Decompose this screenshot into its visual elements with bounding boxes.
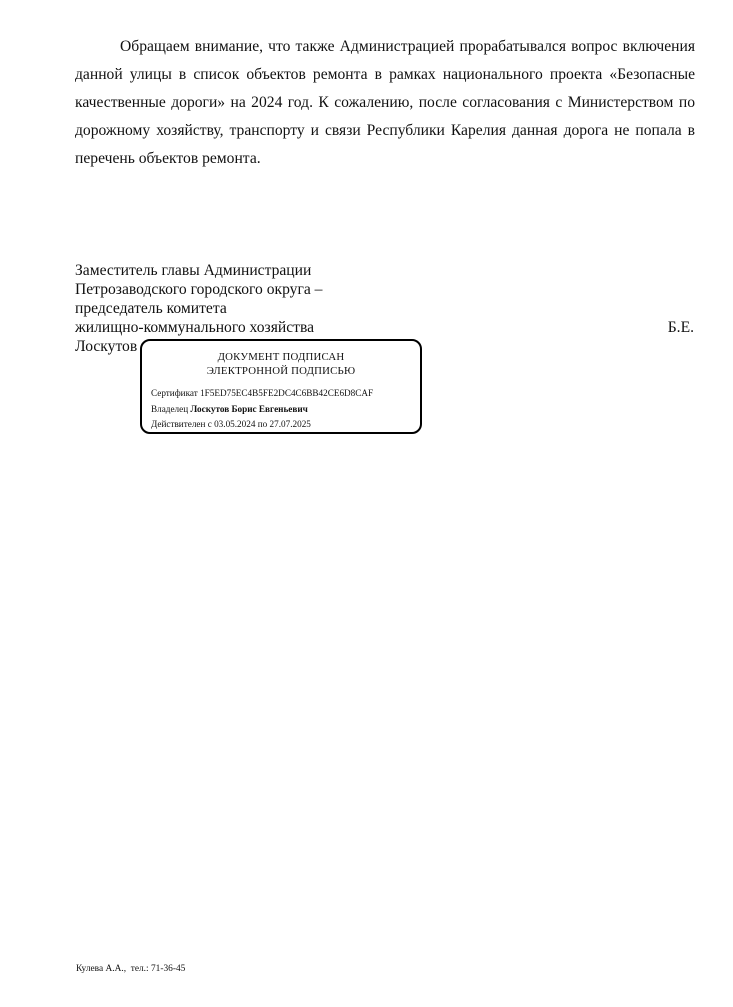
body-paragraph: Обращаем внимание, что также Администрац…	[75, 33, 695, 173]
electronic-signature-stamp: ДОКУМЕНТ ПОДПИСАН ЭЛЕКТРОННОЙ ПОДПИСЬЮ С…	[140, 339, 422, 434]
certificate-value: 1F5ED75EC4B5FE2DC4C6BB42CE6D8CAF	[200, 388, 373, 398]
stamp-owner-row: Владелец Лоскутов Борис Евгеньевич	[151, 403, 308, 415]
signatory-initials: Б.Е.	[668, 318, 694, 337]
certificate-label: Сертификат	[151, 388, 198, 398]
executor-footer: Кулева А.А., тел.: 71-36-45	[76, 963, 185, 975]
signatory-position-line-1: Заместитель главы Администрации	[75, 261, 322, 280]
stamp-certificate-row: Сертификат 1F5ED75EC4B5FE2DC4C6BB42CE6D8…	[151, 387, 373, 399]
valid-from-date: 03.05.2024	[214, 419, 255, 429]
stamp-validity-row: Действителен с 03.05.2024 по 27.07.2025	[151, 418, 311, 430]
valid-to-date: 27.07.2025	[270, 419, 311, 429]
stamp-title-line-2: ЭЛЕКТРОННОЙ ПОДПИСЬЮ	[142, 364, 420, 378]
signatory-position-line-3: председатель комитета	[75, 299, 322, 318]
stamp-title: ДОКУМЕНТ ПОДПИСАН ЭЛЕКТРОННОЙ ПОДПИСЬЮ	[142, 350, 420, 378]
owner-name: Лоскутов Борис Евгеньевич	[190, 404, 307, 414]
stamp-title-line-1: ДОКУМЕНТ ПОДПИСАН	[142, 350, 420, 364]
signatory-position-line-2: Петрозаводского городского округа –	[75, 280, 322, 299]
owner-label: Владелец	[151, 404, 188, 414]
document-page: Обращаем внимание, что также Администрац…	[0, 0, 733, 1007]
signatory-position-line-4: жилищно-коммунального хозяйства	[75, 318, 322, 337]
valid-to-label: по	[258, 419, 268, 429]
valid-from-label: Действителен с	[151, 419, 212, 429]
